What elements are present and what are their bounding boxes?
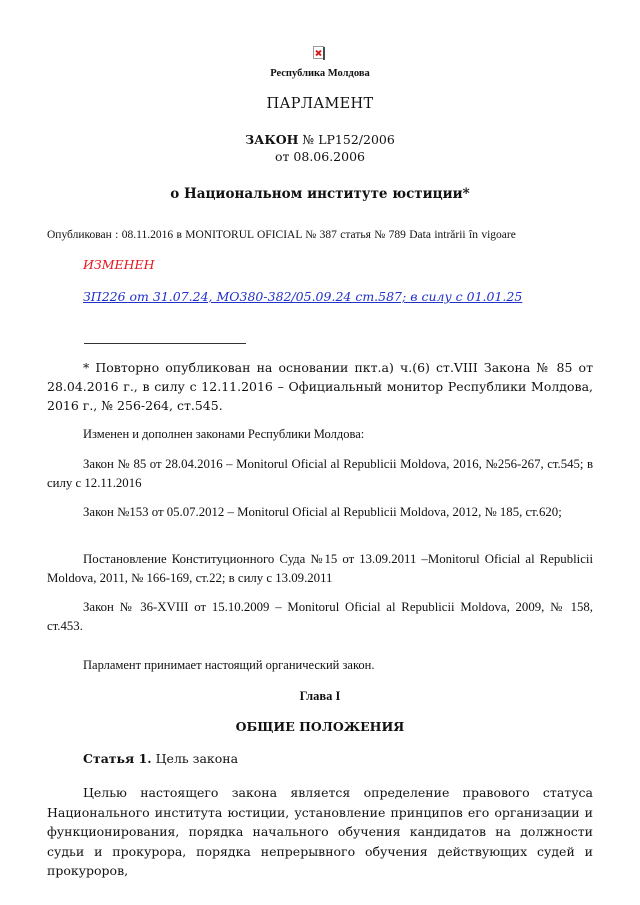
law-title: о Национальном институте юстиции* bbox=[0, 186, 640, 202]
law-label: ЗАКОН bbox=[245, 132, 298, 147]
amended-by-heading: Изменен и дополнен законами Республики М… bbox=[47, 425, 593, 444]
image-border bbox=[323, 47, 325, 60]
article-heading: Статья 1. Цель закона bbox=[83, 751, 238, 766]
amendment-item: Постановление Конституционного Суда №15 … bbox=[47, 550, 593, 588]
law-number-line: ЗАКОН № LP152/2006 bbox=[0, 132, 640, 147]
amendment-status: ИЗМЕНЕН bbox=[83, 257, 155, 272]
amendment-item: Закон №153 от 05.07.2012 – Monitorul Ofi… bbox=[47, 503, 593, 522]
institution-name: ПАРЛАМЕНТ bbox=[0, 96, 640, 112]
chapter-number: Глава I bbox=[0, 689, 640, 704]
law-date: от 08.06.2006 bbox=[0, 149, 640, 164]
amendment-item: Закон № 36-XVIII от 15.10.2009 – Monitor… bbox=[47, 598, 593, 636]
article-title: Цель закона bbox=[152, 751, 238, 766]
footnote-separator bbox=[84, 343, 246, 344]
publication-info: Опубликован : 08.11.2016 в MONITORUL OFI… bbox=[47, 229, 516, 241]
chapter-title: ОБЩИЕ ПОЛОЖЕНИЯ bbox=[0, 719, 640, 734]
preamble: Парламент принимает настоящий органическ… bbox=[47, 656, 593, 675]
article-text: Целью настоящего закона является определ… bbox=[47, 783, 593, 881]
footnote-text: * Повторно опубликован на основании пкт.… bbox=[47, 358, 593, 415]
law-number: № LP152/2006 bbox=[302, 132, 394, 147]
document-page: Республика Молдова ПАРЛАМЕНТ ЗАКОН № LP1… bbox=[0, 0, 640, 905]
amendment-item: Закон № 85 от 28.04.2016 – Monitorul Ofi… bbox=[47, 455, 593, 493]
country-name: Республика Молдова bbox=[0, 68, 640, 79]
article-label: Статья 1. bbox=[83, 751, 152, 766]
amendment-link[interactable]: ЗП226 от 31.07.24, МО380-382/05.09.24 ст… bbox=[83, 289, 522, 304]
